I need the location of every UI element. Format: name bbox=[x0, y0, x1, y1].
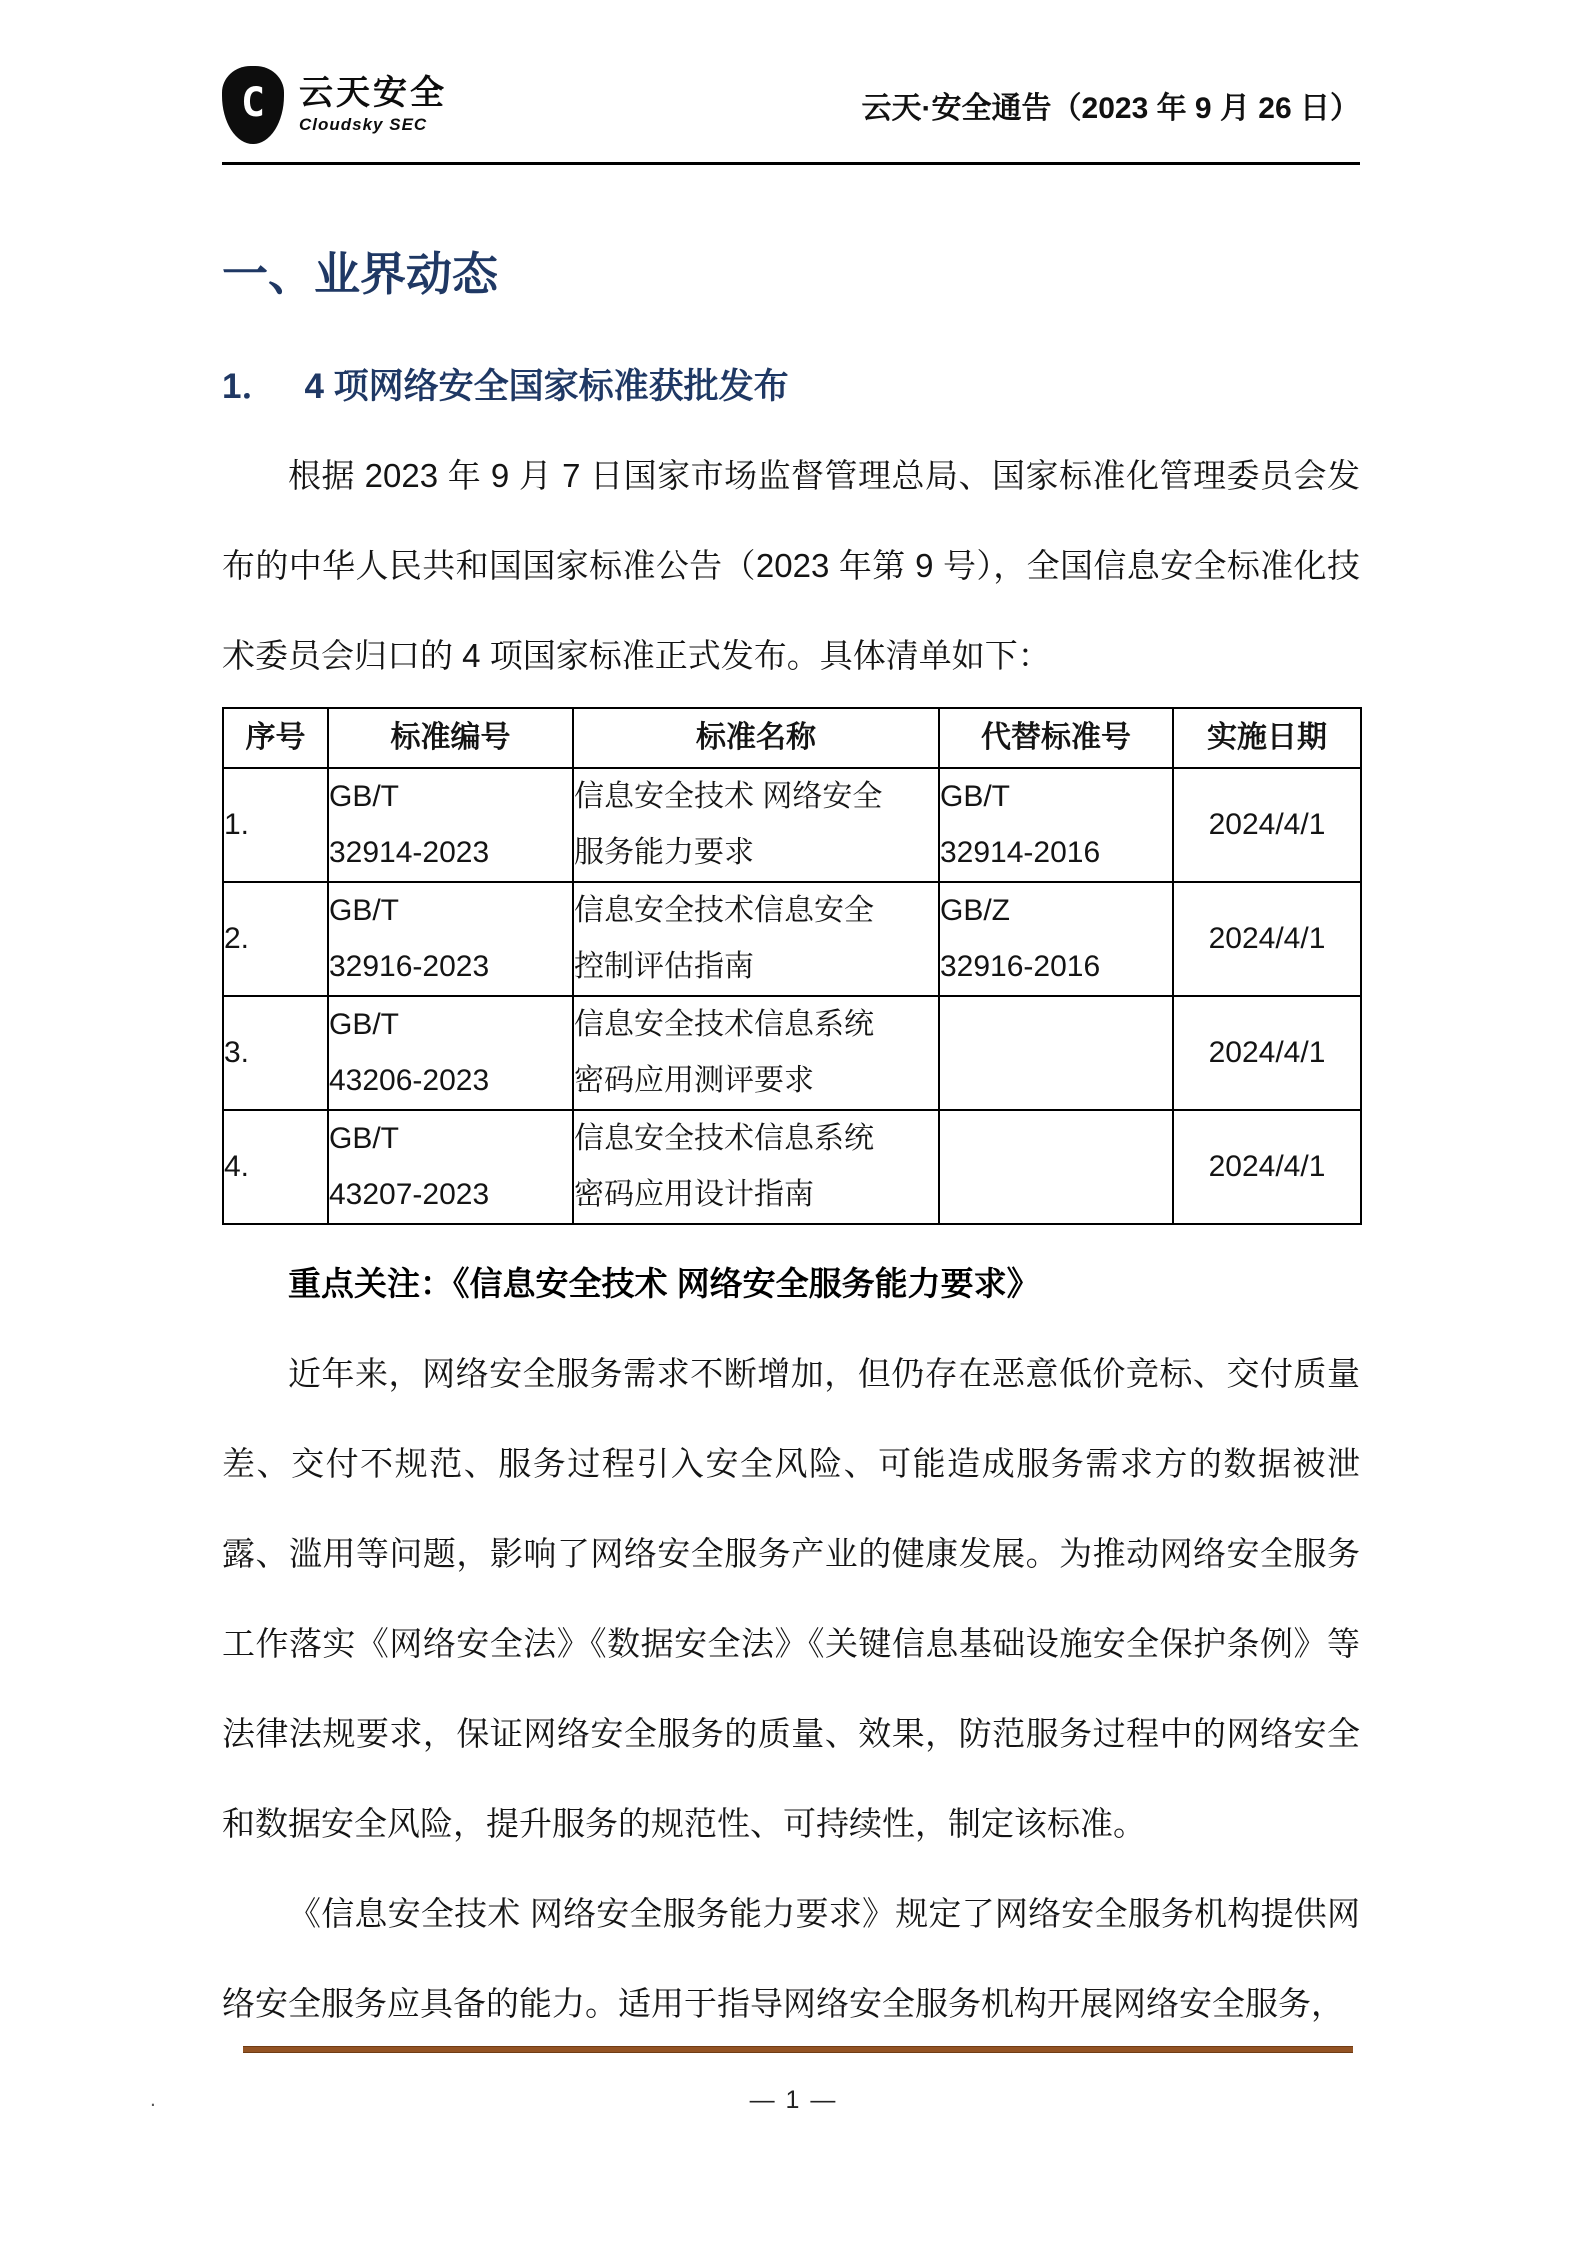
standard-code-cell: GB/T 32916-2023 bbox=[328, 882, 573, 996]
replaced-standard-cell bbox=[939, 1110, 1173, 1224]
row-index-cell: 1. bbox=[223, 768, 328, 882]
row-index-cell: 4. bbox=[223, 1110, 328, 1224]
background-paragraph: 近年来，网络安全服务需求不断增加，但仍存在恶意低价竞标、交付质量差、交付不规范、… bbox=[222, 1329, 1360, 1869]
standard-name-cell: 信息安全技术 网络安全 服务能力要求 bbox=[573, 768, 939, 882]
logo-text: 云天安全 Cloudsky SEC bbox=[299, 76, 447, 134]
scope-paragraph: 《信息安全技术 网络安全服务能力要求》规定了网络安全服务机构提供网络安全服务应具… bbox=[222, 1869, 1360, 2049]
table-header-row: 序号 标准编号 标准名称 代替标准号 实施日期 bbox=[223, 708, 1361, 768]
page-number: — 1 — bbox=[0, 2086, 1587, 2115]
section-heading: 一、业界动态 bbox=[222, 251, 1360, 297]
effective-date-cell: 2024/4/1 bbox=[1173, 882, 1361, 996]
standard-code-cell: GB/T 43207-2023 bbox=[328, 1110, 573, 1224]
effective-date-cell: 2024/4/1 bbox=[1173, 996, 1361, 1110]
replaced-standard-cell: GB/T 32914-2016 bbox=[939, 768, 1173, 882]
replaced-standard-cell bbox=[939, 996, 1173, 1110]
article-number: 1． bbox=[222, 367, 276, 406]
footer-rule bbox=[243, 2046, 1353, 2053]
replaced-standard-cell: GB/Z 32916-2016 bbox=[939, 882, 1173, 996]
article-title: 4 项网络安全国家标准获批发布 bbox=[304, 367, 788, 406]
logo-subtitle: Cloudsky SEC bbox=[299, 116, 447, 134]
standard-code-cell: GB/T 43206-2023 bbox=[328, 996, 573, 1110]
focus-note: 重点关注：《信息安全技术 网络安全服务能力要求》 bbox=[222, 1263, 1360, 1305]
col-header-name: 标准名称 bbox=[573, 708, 939, 768]
bulletin-title: 云天·安全通告（2023 年 9 月 26 日） bbox=[862, 83, 1360, 127]
col-header-index: 序号 bbox=[223, 708, 328, 768]
table-row: 2. GB/T 32916-2023 信息安全技术信息安全 控制评估指南 GB/… bbox=[223, 882, 1361, 996]
standard-name-cell: 信息安全技术信息系统 密码应用设计指南 bbox=[573, 1110, 939, 1224]
logo-shield-icon: C bbox=[222, 66, 284, 144]
standard-name-cell: 信息安全技术信息系统 密码应用测评要求 bbox=[573, 996, 939, 1110]
col-header-replaced: 代替标准号 bbox=[939, 708, 1173, 768]
intro-paragraph: 根据 2023 年 9 月 7 日国家市场监督管理总局、国家标准化管理委员会发布… bbox=[222, 431, 1360, 701]
logo-letter: C bbox=[241, 80, 265, 126]
header-rule bbox=[222, 162, 1360, 165]
standards-table: 序号 标准编号 标准名称 代替标准号 实施日期 1. GB/T 32914-20… bbox=[222, 707, 1362, 1225]
document-page: C 云天安全 Cloudsky SEC 云天·安全通告（2023 年 9 月 2… bbox=[0, 0, 1587, 2245]
article-heading: 1．4 项网络安全国家标准获批发布 bbox=[222, 367, 1360, 407]
effective-date-cell: 2024/4/1 bbox=[1173, 1110, 1361, 1224]
logo-name: 云天安全 bbox=[299, 76, 447, 112]
col-header-date: 实施日期 bbox=[1173, 708, 1361, 768]
standard-name-cell: 信息安全技术信息安全 控制评估指南 bbox=[573, 882, 939, 996]
row-index-cell: 2. bbox=[223, 882, 328, 996]
row-index-cell: 3. bbox=[223, 996, 328, 1110]
table-row: 3. GB/T 43206-2023 信息安全技术信息系统 密码应用测评要求 2… bbox=[223, 996, 1361, 1110]
logo: C 云天安全 Cloudsky SEC bbox=[222, 66, 447, 144]
page-header: C 云天安全 Cloudsky SEC 云天·安全通告（2023 年 9 月 2… bbox=[222, 0, 1360, 144]
table-row: 1. GB/T 32914-2023 信息安全技术 网络安全 服务能力要求 GB… bbox=[223, 768, 1361, 882]
col-header-code: 标准编号 bbox=[328, 708, 573, 768]
effective-date-cell: 2024/4/1 bbox=[1173, 768, 1361, 882]
standard-code-cell: GB/T 32914-2023 bbox=[328, 768, 573, 882]
table-row: 4. GB/T 43207-2023 信息安全技术信息系统 密码应用设计指南 2… bbox=[223, 1110, 1361, 1224]
